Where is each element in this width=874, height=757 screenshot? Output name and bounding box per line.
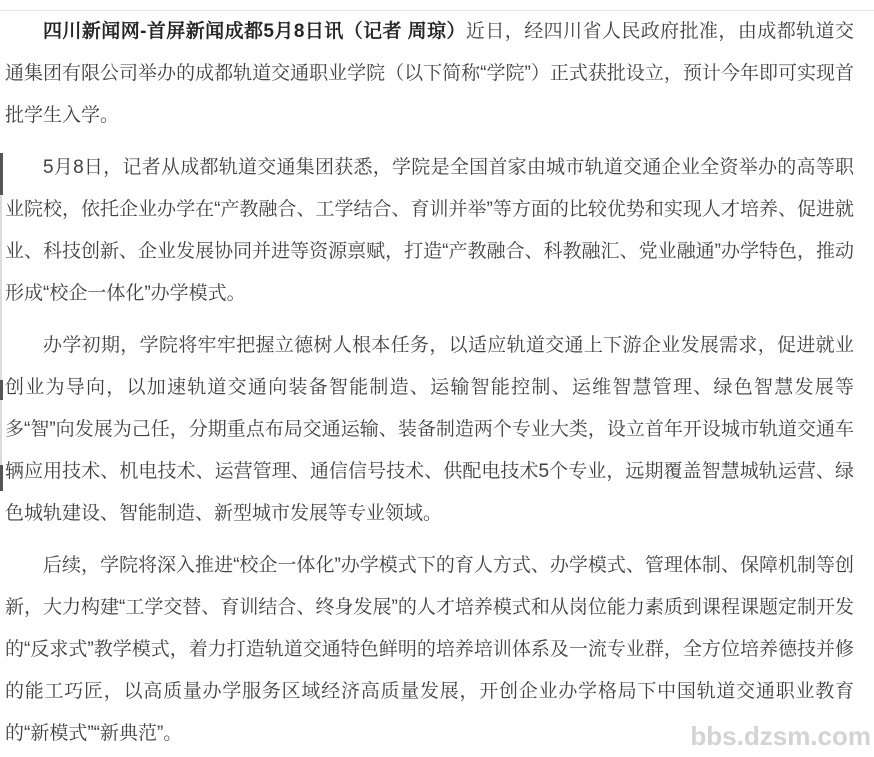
left-edge-artifact <box>0 465 3 491</box>
article-paragraph: 办学初期，学院将牢牢把握立德树人根本任务，以适应轨道交通上下游企业发展需求，促进… <box>5 325 854 535</box>
paragraph-text: 5月8日，记者从成都轨道交通集团获悉，学院是全国首家由城市轨道交通企业全资举办的… <box>5 157 854 304</box>
paragraph-text: 后续，学院将深入推进“校企一体化”办学模式下的育人方式、办学模式、管理体制、保障… <box>5 555 854 744</box>
paragraph-text: 办学初期，学院将牢牢把握立德树人根本任务，以适应轨道交通上下游企业发展需求，促进… <box>5 335 854 524</box>
article-paragraph: 5月8日，记者从成都轨道交通集团获悉，学院是全国首家由城市轨道交通企业全资举办的… <box>5 147 854 315</box>
watermark: bbs.dzsm.com <box>690 721 871 752</box>
article-paragraph: 四川新闻网-首屏新闻成都5月8日讯（记者 周琼）近日，经四川省人民政府批准，由成… <box>5 11 854 137</box>
left-edge-artifact <box>0 400 2 465</box>
news-article: 四川新闻网-首屏新闻成都5月8日讯（记者 周琼）近日，经四川省人民政府批准，由成… <box>0 11 874 757</box>
left-edge-artifact <box>0 153 3 195</box>
left-edge-artifact <box>0 380 3 400</box>
left-edge-artifact <box>0 195 2 380</box>
article-lead-byline: 四川新闻网-首屏新闻成都5月8日讯（记者 周琼） <box>43 21 466 42</box>
